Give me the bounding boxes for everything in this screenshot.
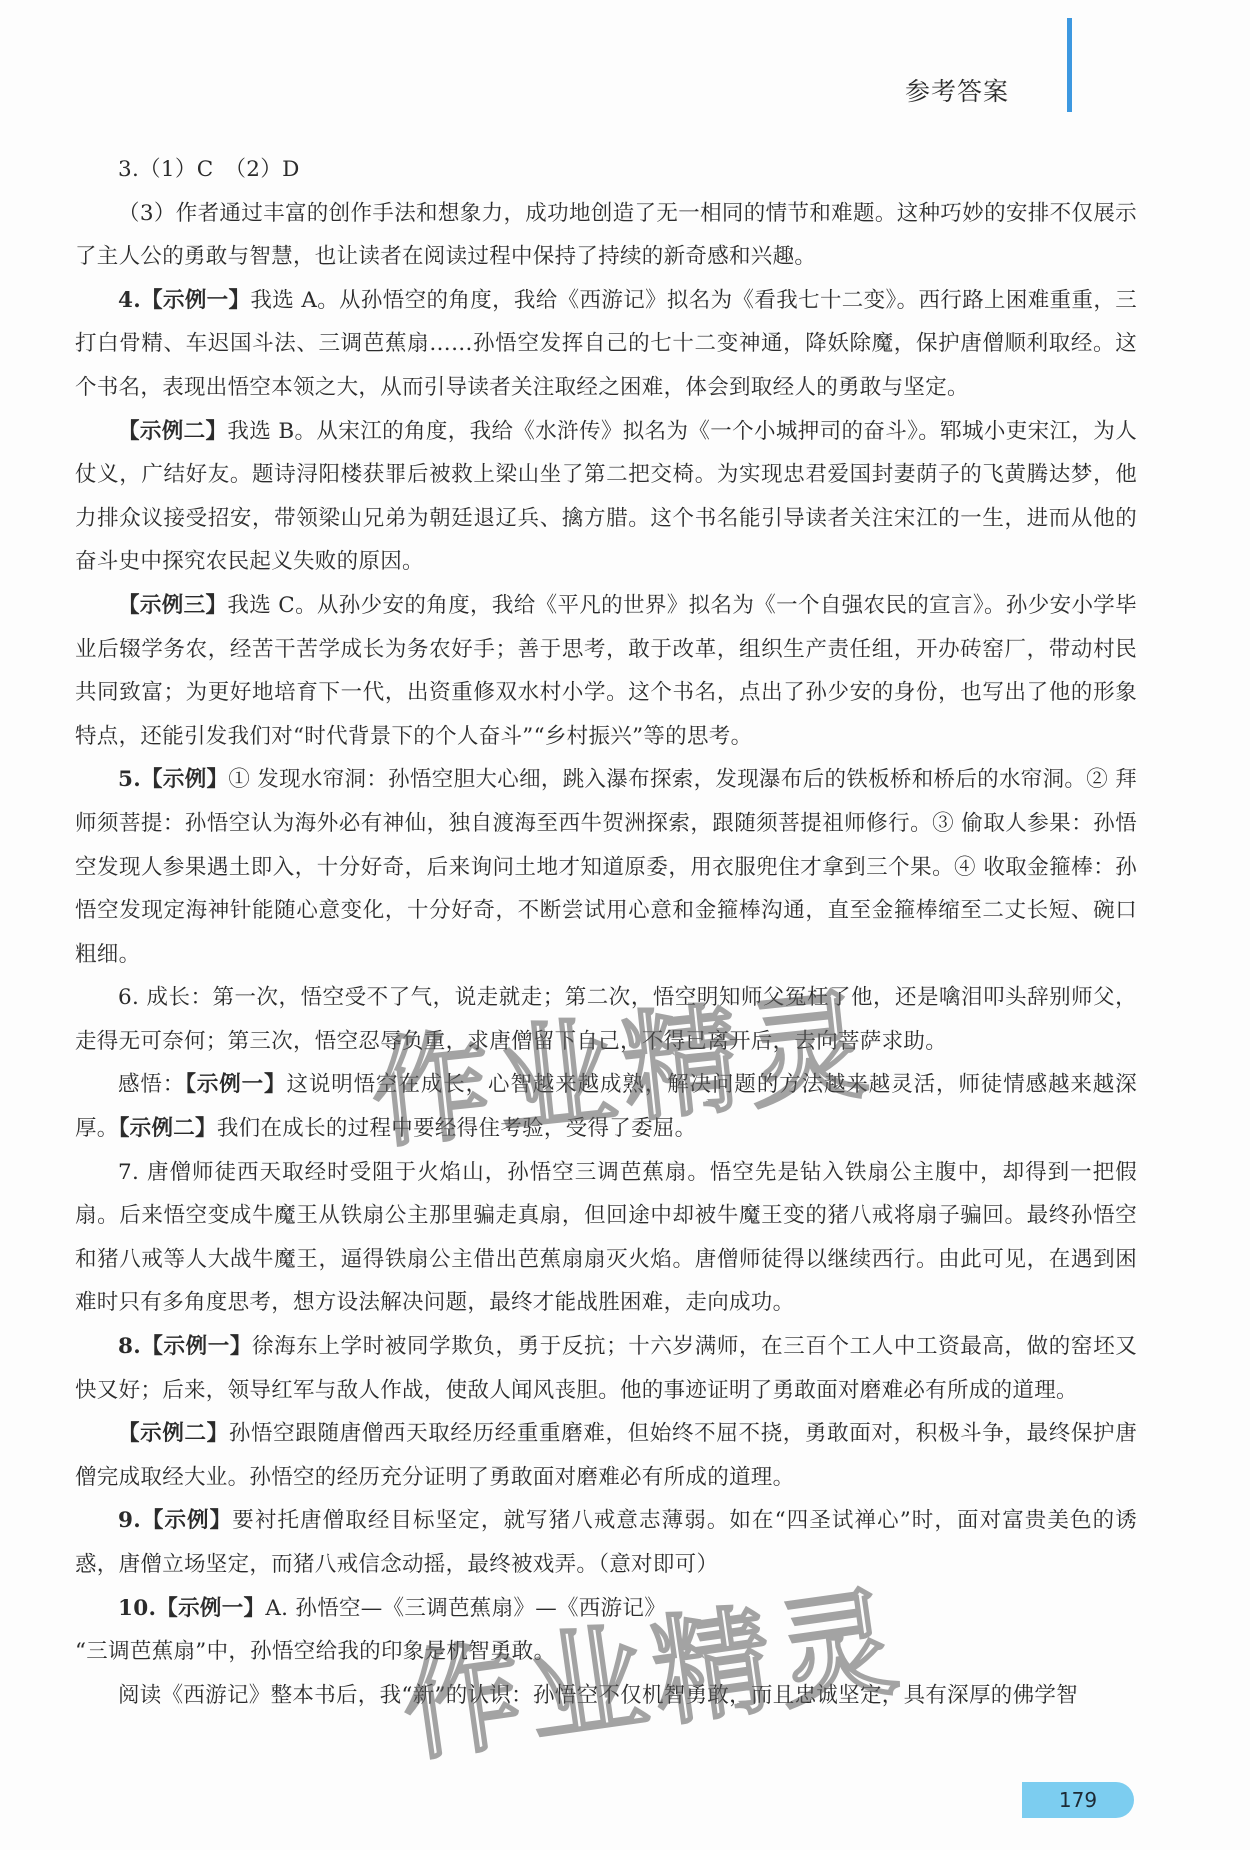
answer-q8-example2: 【示例二】孙悟空跟随唐僧西天取经历经重重磨难，但始终不屈不挠，勇敢面对，积极斗争…: [75, 1412, 1137, 1499]
answer-q4-example1: 4.【示例一】我选 A。从孙悟空的角度，我给《西游记》拟名为《看我七十二变》。西…: [75, 279, 1137, 410]
example-label: 【示例三】: [118, 593, 227, 618]
example-text: 我选 C。从孙少安的角度，我给《平凡的世界》拟名为《一个自强农民的宣言》。孙少安…: [75, 593, 1137, 749]
answer-q4-example2: 【示例二】我选 B。从宋江的角度，我给《水浒传》拟名为《一个小城押司的奋斗》。郓…: [75, 410, 1137, 584]
example-note: （意对即可）: [598, 1552, 718, 1577]
example-label: 8.【示例一】: [118, 1334, 252, 1359]
page-number: 179: [1059, 1788, 1097, 1812]
answer-q5: 5.【示例】① 发现水帘洞：孙悟空胆大心细，跳入瀑布探索，发现瀑布后的铁板桥和桥…: [75, 758, 1137, 976]
answer-q4-example3: 【示例三】我选 C。从孙少安的角度，我给《平凡的世界》拟名为《一个自强农民的宣言…: [75, 584, 1137, 758]
example-label: 【示例二】: [118, 1421, 229, 1446]
insight-prefix: 感悟：: [118, 1072, 185, 1097]
page-number-badge: 179: [1022, 1782, 1134, 1818]
example-label: 10.【示例一】: [118, 1596, 265, 1621]
answer-q3-part1: 3.（1）C （2）D: [75, 148, 1137, 192]
example-label: 4.【示例一】: [118, 288, 250, 313]
example-text: ① 发现水帘洞：孙悟空胆大心细，跳入瀑布探索，发现瀑布后的铁板桥和桥后的水帘洞。…: [75, 767, 1137, 966]
answer-q10-line2: “三调芭蕉扇”中，孙悟空给我的印象是机智勇敢。: [75, 1630, 1137, 1674]
example-text: 我们在成长的过程中要经得住考验，受得了委屈。: [217, 1116, 697, 1141]
answer-q10-line3: 阅读《西游记》整本书后，我“新”的认识：孙悟空不仅机智勇敢，而且忠诚坚定，具有深…: [75, 1674, 1137, 1718]
answer-q6-insight: 感悟：【示例一】这说明悟空在成长，心智越来越成熟，解决问题的方法越来越灵活，师徒…: [75, 1063, 1137, 1150]
answer-content: 3.（1）C （2）D （3）作者通过丰富的创作手法和想象力，成功地创造了无一相…: [75, 148, 1137, 1717]
answer-q7: 7. 唐僧师徒西天取经时受阻于火焰山，孙悟空三调芭蕉扇。悟空先是钻入铁扇公主腹中…: [75, 1151, 1137, 1325]
example-text: 我选 B。从宋江的角度，我给《水浒传》拟名为《一个小城押司的奋斗》。郓城小吏宋江…: [75, 419, 1137, 575]
answer-q3-part3: （3）作者通过丰富的创作手法和想象力，成功地创造了无一相同的情节和难题。这种巧妙…: [75, 192, 1137, 279]
section-title: 参考答案: [905, 72, 1009, 108]
example-label: 9.【示例】: [118, 1508, 232, 1533]
header-accent-rule: [1067, 18, 1072, 112]
example-label: 【示例二】: [119, 1116, 217, 1141]
example-text: A. 孙悟空—《三调芭蕉扇》—《西游记》: [265, 1596, 666, 1621]
answer-q8-example1: 8.【示例一】徐海东上学时被同学欺负，勇于反抗；十六岁满师，在三百个工人中工资最…: [75, 1325, 1137, 1412]
example-text: 孙悟空跟随唐僧西天取经历经重重磨难，但始终不屈不挠，勇敢面对，积极斗争，最终保护…: [75, 1421, 1137, 1490]
example-label: 【示例二】: [118, 419, 227, 444]
answer-q6-growth: 6. 成长：第一次，悟空受不了气，说走就走；第二次，悟空明知师父冤枉了他，还是噙…: [75, 976, 1137, 1063]
answer-q10-line1: 10.【示例一】A. 孙悟空—《三调芭蕉扇》—《西游记》: [75, 1587, 1137, 1631]
example-label: 【示例一】: [185, 1072, 286, 1097]
example-label: 5.【示例】: [118, 767, 228, 792]
answer-q9: 9.【示例】要衬托唐僧取经目标坚定，就写猪八戒意志薄弱。如在“四圣试禅心”时，面…: [75, 1499, 1137, 1586]
